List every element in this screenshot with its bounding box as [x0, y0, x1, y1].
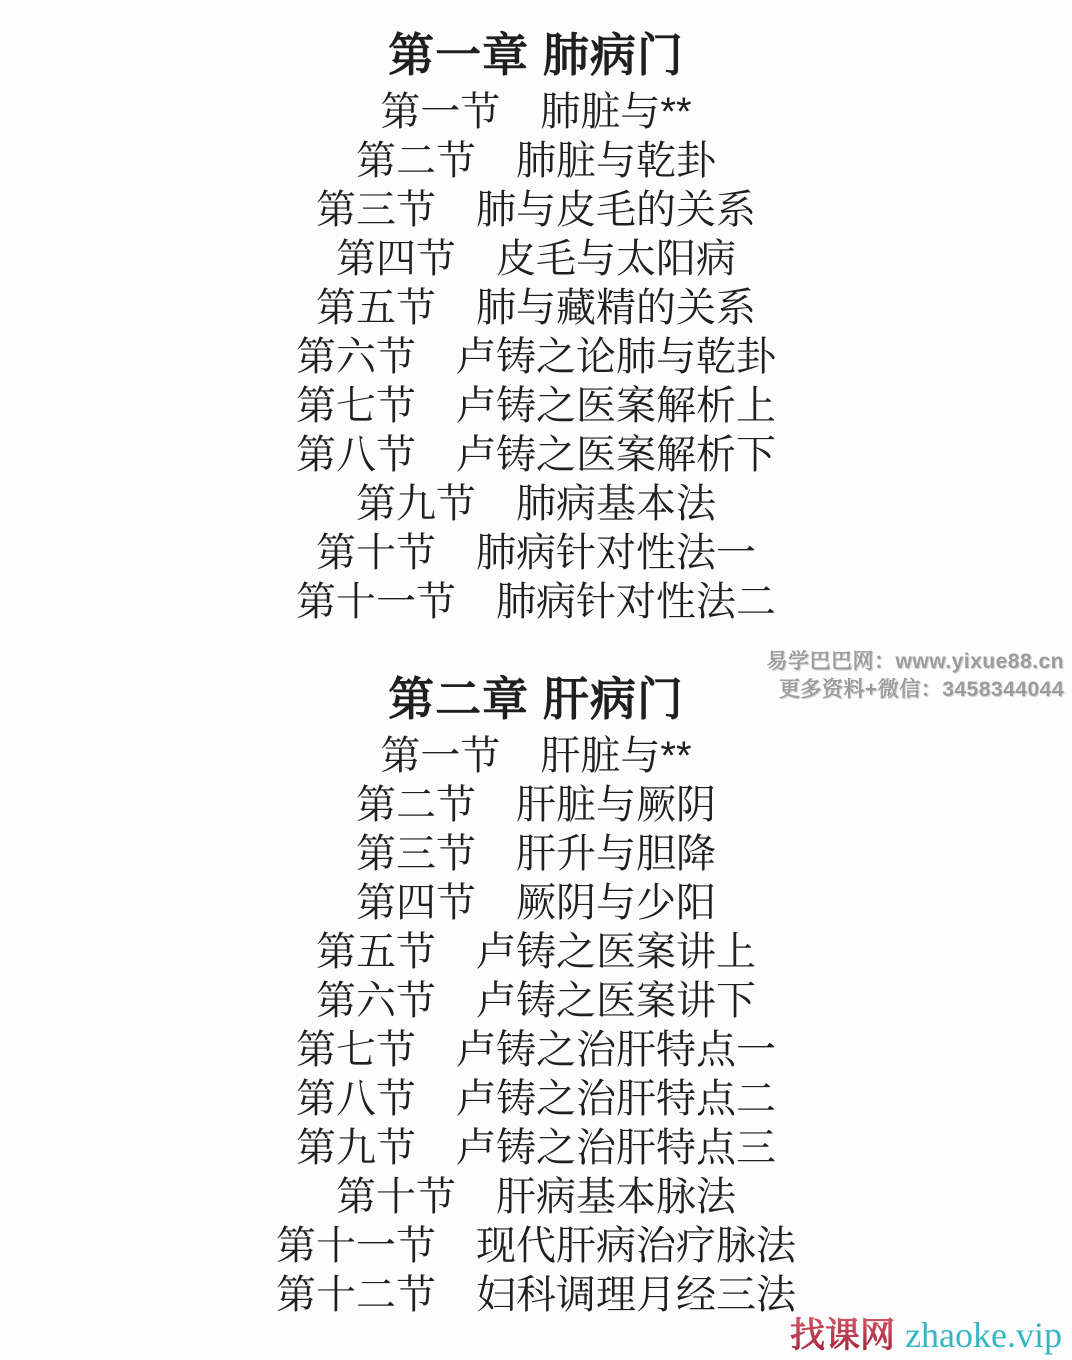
watermark-zhaoke: 找课网 zhaoke.vip [790, 1308, 1062, 1358]
toc-line: 第十一节 现代肝病治疗脉法 [0, 1222, 1072, 1271]
chapter-1-title: 第一章 肺病门 [0, 26, 1072, 84]
zhaoke-site-name: 找课网 [790, 1308, 895, 1358]
toc-line: 第四节 皮毛与太阳病 [0, 235, 1072, 284]
toc-line: 第九节 卢铸之治肝特点三 [0, 1124, 1072, 1173]
toc-line: 第七节 卢铸之治肝特点一 [0, 1026, 1072, 1075]
toc-line: 第一节 肝脏与** [0, 732, 1072, 781]
toc-line: 第九节 肺病基本法 [0, 480, 1072, 529]
toc-line: 第五节 肺与藏精的关系 [0, 284, 1072, 333]
chapter-2-title: 第二章 肝病门 [0, 670, 1072, 728]
toc-line: 第四节 厥阴与少阳 [0, 879, 1072, 928]
zhaoke-site-url: zhaoke.vip [905, 1314, 1062, 1356]
chapter-2-toc: 第二章 肝病门 第一节 肝脏与** 第二节 肝脏与厥阴 第三节 肝升与胆降 第四… [0, 670, 1072, 1320]
toc-line: 第二节 肝脏与厥阴 [0, 781, 1072, 830]
toc-line: 第一节 肺脏与** [0, 88, 1072, 137]
toc-line: 第五节 卢铸之医案讲上 [0, 928, 1072, 977]
toc-line: 第八节 卢铸之医案解析下 [0, 431, 1072, 480]
toc-line: 第十节 肝病基本脉法 [0, 1173, 1072, 1222]
toc-line: 第八节 卢铸之治肝特点二 [0, 1075, 1072, 1124]
toc-line: 第三节 肺与皮毛的关系 [0, 186, 1072, 235]
toc-line: 第六节 卢铸之医案讲下 [0, 977, 1072, 1026]
toc-line: 第十一节 肺病针对性法二 [0, 578, 1072, 627]
toc-line: 第三节 肝升与胆降 [0, 830, 1072, 879]
toc-line: 第十节 肺病针对性法一 [0, 529, 1072, 578]
toc-line: 第七节 卢铸之医案解析上 [0, 382, 1072, 431]
toc-line: 第二节 肺脏与乾卦 [0, 137, 1072, 186]
chapter-1-toc: 第一章 肺病门 第一节 肺脏与** 第二节 肺脏与乾卦 第三节 肺与皮毛的关系 … [0, 26, 1072, 627]
toc-line: 第六节 卢铸之论肺与乾卦 [0, 333, 1072, 382]
